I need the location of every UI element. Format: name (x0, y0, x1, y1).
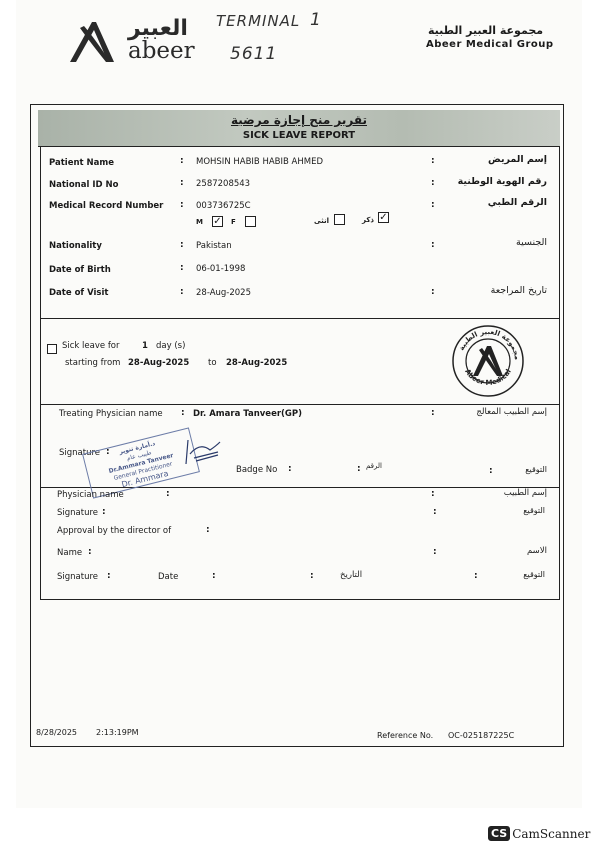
report-title-arabic: تقرير منح إجازة مرضية (38, 113, 560, 127)
director-approval-label: Approval by the director of (57, 526, 171, 536)
gender-female-checkbox-arabic[interactable] (334, 214, 345, 225)
leave-start-date: 28-Aug-2025 (128, 358, 189, 368)
leave-start-label: starting from (65, 358, 120, 368)
national-id-label-arabic: رقم الهوية الوطنية (458, 176, 547, 187)
national-id-value: 2587208543 (196, 179, 250, 189)
reference-label: Reference No. (377, 731, 433, 740)
sick-leave-days: 1 (142, 341, 148, 351)
colon: : (431, 240, 435, 250)
physician-name-label: Physician name (57, 490, 124, 500)
colon: : (206, 525, 210, 535)
gender-female-checkbox[interactable] (245, 216, 256, 227)
check-icon: ✓ (213, 216, 221, 227)
colon: : (431, 408, 435, 418)
badge-no-label: Badge No (236, 465, 277, 475)
approval-signature-label-arabic: التوقيع (523, 506, 545, 515)
colon: : (433, 507, 437, 517)
report-title-english: SICK LEAVE REPORT (38, 130, 560, 141)
physician-name-label-arabic: إسم الطبيب (504, 488, 547, 498)
nationality-label-arabic: الجنسية (516, 237, 547, 248)
visit-date-label: Date of Visit (49, 288, 108, 298)
colon: : (181, 408, 185, 418)
handwritten-signature-icon (180, 436, 222, 466)
gender-male-label-arabic: ذكر (362, 216, 374, 224)
visit-date-value: 28-Aug-2025 (196, 288, 251, 298)
director-signature-label: Signature (57, 572, 98, 582)
gender-female-label: F (231, 218, 236, 226)
camscanner-watermark: CSCamScanner (488, 823, 590, 839)
camscanner-text: CamScanner (512, 827, 590, 841)
sick-leave-prefix: Sick leave for (62, 341, 120, 351)
colon: : (433, 547, 437, 557)
approval-signature-label: Signature (57, 508, 98, 518)
colon: : (180, 287, 184, 297)
group-name-arabic: مجموعة العبير الطبية (428, 24, 543, 37)
mrn-value: 003736725C (196, 201, 251, 211)
divider (40, 404, 560, 405)
reference-number: OC-025187225C (448, 731, 514, 740)
treating-physician-name: Dr. Amara Tanveer(GP) (193, 409, 302, 419)
director-name-label: Name (57, 548, 82, 558)
gender-male-checkbox-arabic[interactable]: ✓ (378, 212, 389, 223)
colon: : (288, 464, 292, 474)
leave-end-date: 28-Aug-2025 (226, 358, 287, 368)
director-date-label-arabic: التاريخ (340, 570, 362, 580)
signature-label-arabic: التوقيع (525, 465, 547, 474)
national-id-label: National ID No (49, 180, 118, 190)
dob-value: 06-01-1998 (196, 264, 245, 274)
abeer-logo-icon (66, 18, 118, 64)
gender-male-label: M (196, 218, 203, 226)
colon: : (431, 287, 435, 297)
visit-date-label-arabic: تاريخ المراجعة (491, 285, 547, 296)
handwritten-code: 5611 (230, 44, 277, 64)
colon: : (180, 240, 184, 250)
print-time: 2:13:19PM (96, 728, 139, 737)
logo-text-english: abeer (128, 38, 195, 64)
dob-label: Date of Birth (49, 265, 111, 275)
patient-name-label-arabic: إسم المريض (488, 154, 547, 165)
handwritten-terminal: TERMINAL (216, 12, 300, 30)
colon: : (88, 547, 92, 557)
treating-physician-label: Treating Physician name (59, 409, 163, 419)
colon: : (180, 200, 184, 210)
sick-leave-days-unit: day (s) (156, 341, 185, 351)
colon: : (310, 571, 314, 581)
camscanner-logo-icon: CS (488, 826, 510, 841)
treating-physician-label-arabic: إسم الطبيب المعالج (476, 407, 547, 417)
divider (40, 318, 560, 319)
colon: : (180, 156, 184, 166)
mrn-label: Medical Record Number (49, 201, 163, 211)
colon: : (212, 571, 216, 581)
colon: : (474, 571, 478, 581)
director-signature-label-arabic: التوقيع (523, 570, 545, 579)
colon: : (166, 489, 170, 499)
colon: : (180, 263, 184, 273)
mrn-label-arabic: الرقم الطبي (488, 197, 547, 208)
handwritten-terminal-number: 1 (310, 10, 322, 30)
colon: : (102, 507, 106, 517)
report-title-band: تقرير منح إجازة مرضية SICK LEAVE REPORT (38, 110, 560, 147)
patient-name-label: Patient Name (49, 158, 114, 168)
badge-no-label-arabic: الرقم (366, 462, 382, 470)
group-name-english: Abeer Medical Group (426, 39, 554, 50)
colon: : (431, 489, 435, 499)
colon: : (431, 178, 435, 188)
colon: : (357, 464, 361, 474)
colon: : (180, 178, 184, 188)
gender-male-checkbox[interactable]: ✓ (212, 216, 223, 227)
director-name-label-arabic: الاسم (527, 546, 547, 556)
colon: : (431, 200, 435, 210)
patient-name-value: MOHSIN HABIB HABIB AHMED (196, 157, 323, 167)
colon: : (489, 466, 493, 476)
nationality-value: Pakistan (196, 241, 232, 251)
nationality-label: Nationality (49, 241, 102, 251)
print-date: 8/28/2025 (36, 728, 77, 737)
leave-to-label: to (208, 358, 217, 368)
colon: : (431, 156, 435, 166)
check-icon: ✓ (379, 212, 387, 223)
clinic-seal-icon: مجموعة العبير الطبية Abeer Medical Group (451, 324, 525, 398)
director-date-label: Date (158, 572, 178, 582)
sick-leave-checkbox[interactable] (47, 344, 57, 354)
gender-female-label-arabic: انثى (314, 217, 329, 225)
colon: : (107, 571, 111, 581)
